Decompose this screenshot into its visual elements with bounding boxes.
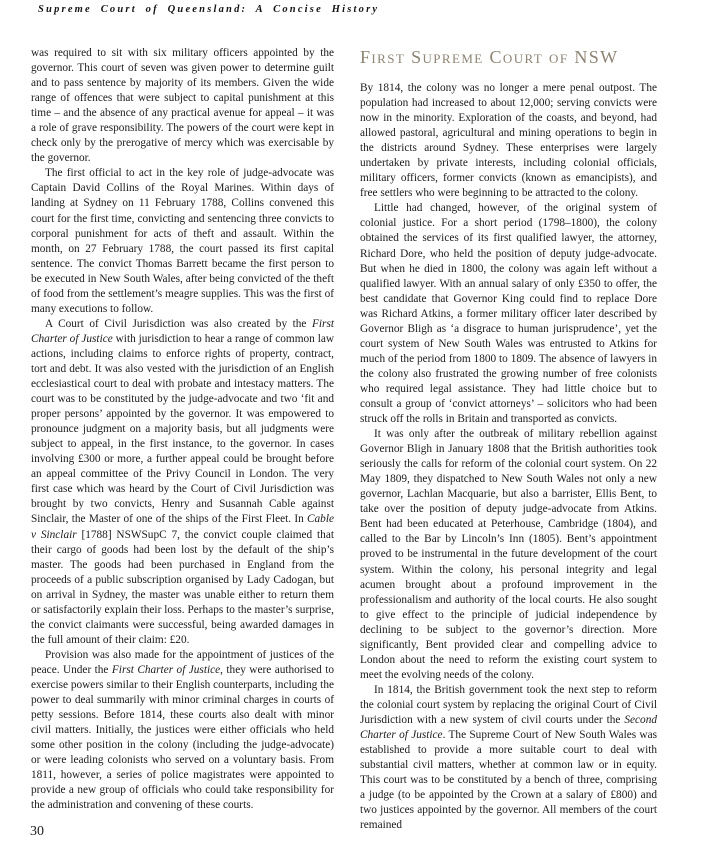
paragraph: was required to sit with six military of… [31, 46, 334, 166]
page-number: 30 [30, 824, 44, 840]
paragraph: Provision was also made for the appointm… [31, 648, 334, 814]
paragraph: In 1814, the British government took the… [360, 683, 657, 833]
right-column-text: By 1814, the colony was no longer a mere… [360, 81, 657, 833]
book-page: Supreme Court of Queensland: A Concise H… [0, 0, 715, 855]
running-head: Supreme Court of Queensland: A Concise H… [38, 4, 379, 15]
paragraph: A Court of Civil Jurisdiction was also c… [31, 317, 334, 648]
paragraph: By 1814, the colony was no longer a mere… [360, 81, 657, 201]
paragraph: Little had changed, however, of the orig… [360, 201, 657, 427]
paragraph: The first official to act in the key rol… [31, 166, 334, 316]
right-column: First Supreme Court of NSW By 1814, the … [360, 46, 657, 833]
left-column: was required to sit with six military of… [31, 46, 334, 813]
section-heading: First Supreme Court of NSW [360, 46, 657, 68]
paragraph: It was only after the outbreak of milita… [360, 427, 657, 683]
